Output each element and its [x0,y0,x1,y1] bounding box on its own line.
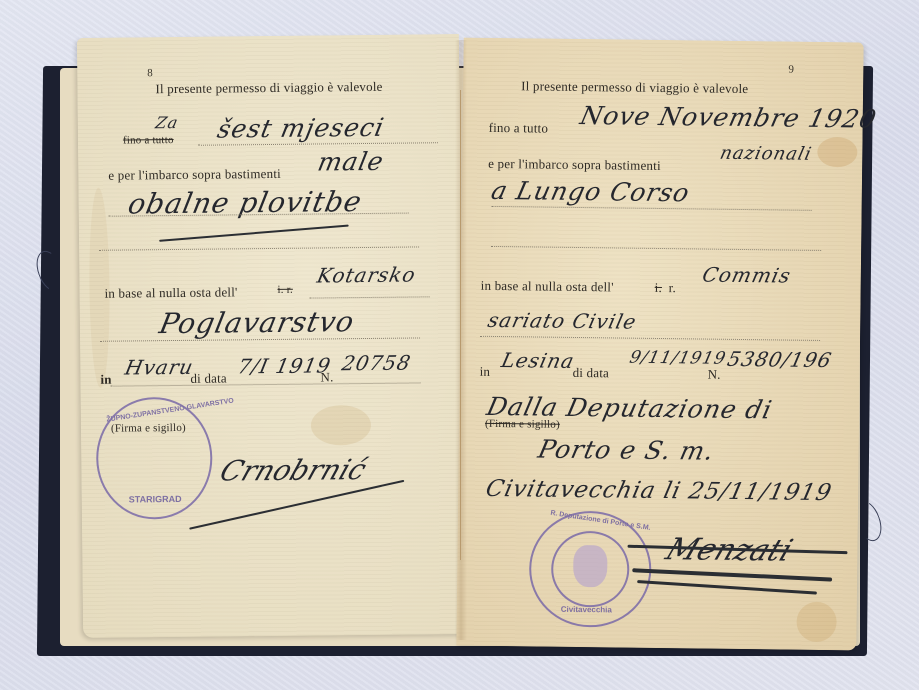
hand-issuer: Dalla Deputazione di [484,392,775,424]
left-page: 8 Il presente permesso di viaggio è vale… [77,34,465,638]
hand-ship-type: nazionali [718,143,814,165]
signature-underline [632,568,832,581]
signature-underline [637,580,817,595]
flourish-stroke [159,225,349,242]
hand-date: 9/11/1919 [628,348,729,369]
permit-validity-heading: Il presente permesso di viaggio è valevo… [155,79,382,97]
hand-validity-period: šest mjeseci [215,113,387,144]
dotted-line [491,246,821,251]
right-page: 9 Il presente permesso di viaggio è vale… [456,38,863,651]
hand-authority-cont: sariato Civile [486,308,640,334]
official-signature: Crnobrnić [216,453,371,488]
hand-ship-type: male [315,147,386,177]
hand-authority-cont: Poglavarstvo [157,305,358,340]
hand-number: 20758 [340,351,413,376]
binding-thread [460,90,461,560]
dotted-line [99,246,419,250]
nulla-osta-r: r. [669,280,676,296]
hand-authority: Commis [700,263,793,288]
fino-a-tutto-struck: fino a tutto [123,134,174,147]
dotted-line [310,296,430,298]
embark-label: e per l'imbarco sopra bastimenti [488,156,661,174]
hand-ship-type-cont: a Lungo Corso [489,176,693,207]
hand-place-date: Civitavecchia li 25/11/1919 [483,476,834,506]
booklet-gutter [455,40,467,640]
hand-issuer-cont: Porto e S. m. [535,435,717,466]
page-number: 8 [147,67,153,79]
stamp-outer-text: R. Deputazione di Porto e S.M. [550,510,651,532]
paper-stain [796,602,836,642]
nulla-osta-label: in base al nulla osta dell' [104,284,237,301]
permit-validity-heading: Il presente permesso di viaggio è valevo… [521,78,748,97]
hand-authority: Kotarsko [315,262,418,287]
hand-place: Lesina [499,348,577,373]
stamp-bottom-text: Civitavecchia [561,605,612,615]
dotted-line [480,336,820,341]
paper-stain [817,137,857,167]
royal-crest-icon [573,545,608,587]
hand-valid-until-date: Nove Novembre 1920 [578,101,880,134]
number-label: N. [708,367,721,383]
starigrad-stamp: ŽUPNO-ZUPANSTVENO GLAVARSTVO STARIGRAD [96,397,213,520]
dotted-line [111,382,421,386]
valid-until-label: fino a tutto [489,120,549,137]
hand-date: 7/I 1919 [236,353,333,378]
date-label: di data [573,365,610,381]
nulla-osta-struck: i. r. [277,284,292,296]
hand-za: Za [154,113,180,132]
stamp-outer-text: ŽUPNO-ZUPANSTVENO GLAVARSTVO [106,397,234,423]
hand-number: 5380/196 [725,347,834,372]
nulla-osta-label: in base al nulla osta dell' [481,278,614,296]
hand-place: Hvaru [123,355,196,380]
page-number: 9 [788,64,794,76]
nulla-osta-struck: i. [655,280,662,296]
embark-label: e per l'imbarco sopra bastimenti [108,166,281,184]
in-label: in [480,364,491,380]
stamp-bottom-text: STARIGRAD [129,494,182,505]
paper-stain [311,405,371,446]
